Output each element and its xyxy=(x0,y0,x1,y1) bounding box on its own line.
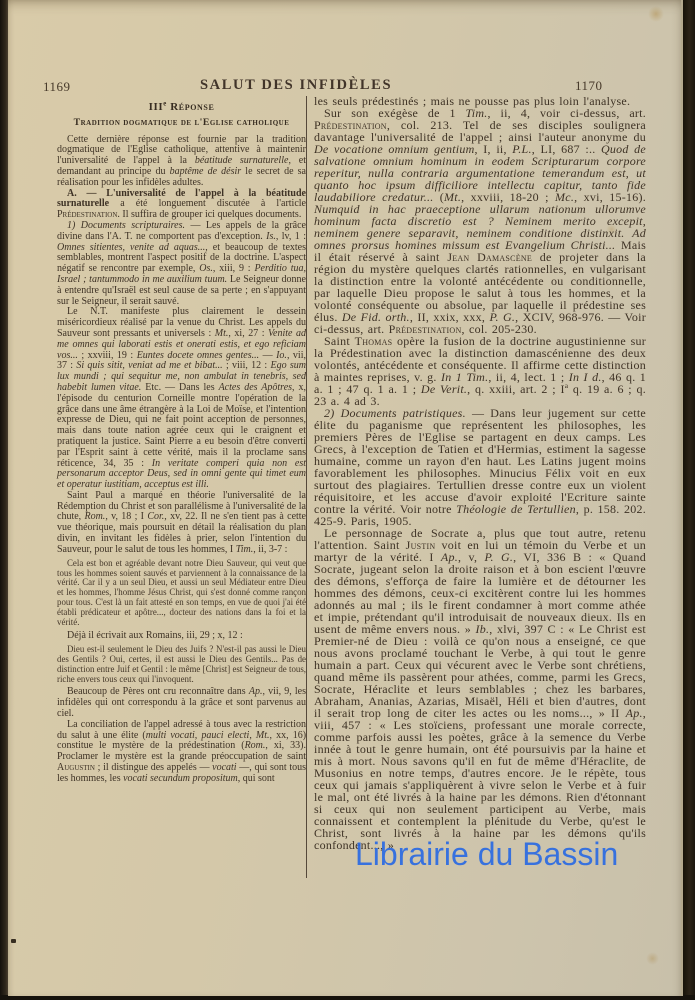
page-number-right: 1170 xyxy=(575,78,603,94)
section-heading: IIIe Réponse xyxy=(57,102,306,113)
paragraph: Cette dernière réponse est fournie par l… xyxy=(57,135,306,189)
column-divider xyxy=(306,96,307,878)
paragraph: Le N.T. manifeste plus clairement le des… xyxy=(57,307,306,491)
subsection-heading: Tradition dogmatique de l'Eglise catholi… xyxy=(57,118,306,129)
scanned-page: 1169 SALUT DES INFIDÈLES 1170 IIIe Répon… xyxy=(0,0,695,1000)
quote-block: Dieu est-il seulement le Dieu des Juifs … xyxy=(57,645,306,685)
left-column: IIIe RéponseTradition dogmatique de l'Eg… xyxy=(57,102,306,785)
right-column: les seuls prédestinés ; mais ne pousse p… xyxy=(314,95,646,851)
paragraph: 1) Documents scripturaires. — Les appels… xyxy=(57,221,306,307)
paper-stain xyxy=(646,952,659,965)
running-title: SALUT DES INFIDÈLES xyxy=(200,77,376,94)
paragraph: Beaucoup de Pères ont cru reconnaître da… xyxy=(57,687,306,719)
paragraph: A. — L'universalité de l'appel à la béat… xyxy=(57,189,306,221)
paragraph: Déjà il écrivait aux Romains, iii, 29 ; … xyxy=(57,631,306,642)
paragraph: La conciliation de l'appel adressé à tou… xyxy=(57,720,306,785)
paper-speck xyxy=(11,939,16,943)
paragraph: Sur son exégèse de 1 Tim., ii, 4, voir c… xyxy=(314,107,646,335)
page-number-left: 1169 xyxy=(43,79,71,95)
scan-edge-right xyxy=(683,0,695,1000)
quote-block: Cela est bon et agréable devant notre Di… xyxy=(57,559,306,628)
book-page: 1169 SALUT DES INFIDÈLES 1170 IIIe Répon… xyxy=(8,0,683,996)
watermark: Librairie du Bassin xyxy=(355,836,618,873)
paragraph: 2) Documents patristiques. — Dans leur j… xyxy=(314,407,646,527)
paragraph: Le personnage de Socrate a, plus que tou… xyxy=(314,527,646,851)
scan-edge-left xyxy=(0,0,8,1000)
paragraph: Saint Thomas opère la fusion de la doctr… xyxy=(314,335,646,407)
paragraph: Saint Paul a marqué en théorie l'univers… xyxy=(57,491,306,556)
paper-stain xyxy=(648,6,664,22)
